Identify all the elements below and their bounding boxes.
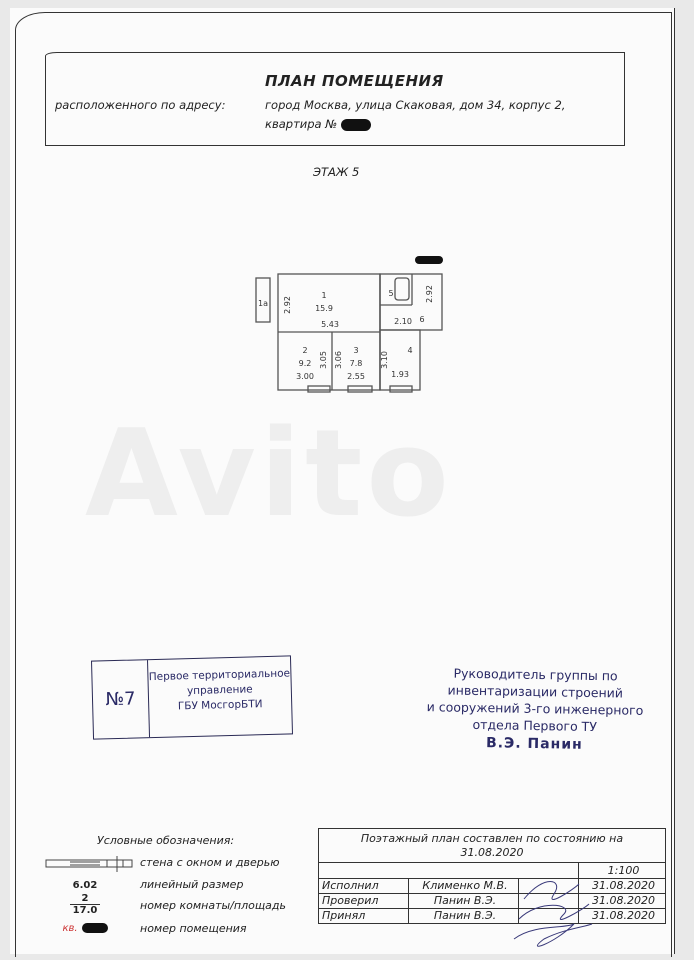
legend-title: Условные обозначения:: [97, 834, 234, 847]
header-text: Поэтажный план составлен по состоянию на: [319, 832, 665, 846]
signature-scribble-icon: [504, 869, 594, 954]
legend-label-wall: стена с окном и дверью: [140, 856, 280, 869]
legend-symbol-room: 217.0: [55, 893, 115, 917]
room-4-height: 3.10: [380, 351, 389, 369]
room-4-number: 4: [407, 346, 412, 355]
bti-stamp: №7 Первое территориальное управление ГБУ…: [91, 655, 293, 739]
stamp-text: Первое территориальное управление ГБУ Мо…: [148, 666, 291, 715]
room-5-number: 5: [388, 289, 393, 298]
watermark: Avito: [85, 405, 453, 544]
scale-row: 1:100: [319, 863, 665, 879]
room-1a-number: 1а: [258, 299, 268, 308]
wall-symbol-icon: [45, 856, 135, 876]
title-block-header: Поэтажный план составлен по состоянию на…: [319, 829, 665, 863]
room-1-width: 5.43: [321, 320, 339, 329]
header-date: 31.08.2020: [319, 846, 665, 860]
room-2-height: 3.05: [319, 351, 328, 369]
room-3-width: 2.55: [347, 372, 365, 381]
floor-plan: 1 15.9 5.43 2.92 1а 2 9.2 3.00 3.05 3 7.…: [250, 250, 450, 404]
apartment-label: квартира №: [265, 117, 337, 131]
room-3-number: 3: [353, 346, 358, 355]
legend-label-apartment: номер помещения: [140, 922, 247, 935]
room-3-height: 3.06: [334, 351, 343, 369]
person-name: Панин В.Э.: [409, 908, 519, 923]
room-1-area: 15.9: [315, 304, 333, 313]
redaction-mark: [341, 119, 371, 131]
stamp-number: №7: [92, 660, 150, 738]
legend-label-room: номер комнаты/площадь: [140, 899, 286, 912]
legend-symbol-dimension: 6.02: [55, 880, 115, 891]
room-2-area: 9.2: [299, 359, 312, 368]
room-4-width: 1.93: [391, 370, 409, 379]
legend-label-dimension: линейный размер: [140, 878, 243, 891]
person-name: Клименко М.В.: [409, 878, 519, 893]
page-title: ПЛАН ПОМЕЩЕНИЯ: [265, 72, 444, 90]
role: Исполнил: [319, 878, 409, 893]
title-block-row: Принял Панин В.Э. 31.08.2020: [319, 908, 665, 923]
room-1-number: 1: [321, 291, 326, 300]
title-block-row: Исполнил Клименко М.В. 31.08.2020: [319, 878, 665, 894]
address-line-2: квартира №: [265, 117, 371, 131]
official-signature-block: Руководитель группы по инвентаризации ст…: [409, 664, 660, 755]
room-1-height: 2.92: [283, 296, 292, 314]
room-2-number: 2: [302, 346, 307, 355]
room-2-width: 3.00: [296, 372, 314, 381]
address-line-1: город Москва, улица Скаковая, дом 34, ко…: [265, 98, 565, 112]
role: Принял: [319, 908, 409, 923]
legend-symbol-apartment: кв.: [55, 923, 115, 934]
floor-label: ЭТАЖ 5: [313, 165, 359, 179]
role: Проверил: [319, 893, 409, 908]
room-6-height: 2.92: [425, 285, 434, 303]
stamp-line: ГБУ МосгорБТИ: [149, 696, 291, 715]
title-block-row: Проверил Панин В.Э. 31.08.2020: [319, 893, 665, 909]
room-6-number: 6: [419, 315, 424, 324]
address-label: расположенного по адресу:: [55, 98, 225, 112]
room-3-area: 7.8: [350, 359, 363, 368]
room-6-width: 2.10: [394, 317, 412, 326]
title-block: Поэтажный план составлен по состоянию на…: [318, 828, 666, 924]
person-name: Панин В.Э.: [409, 893, 519, 908]
